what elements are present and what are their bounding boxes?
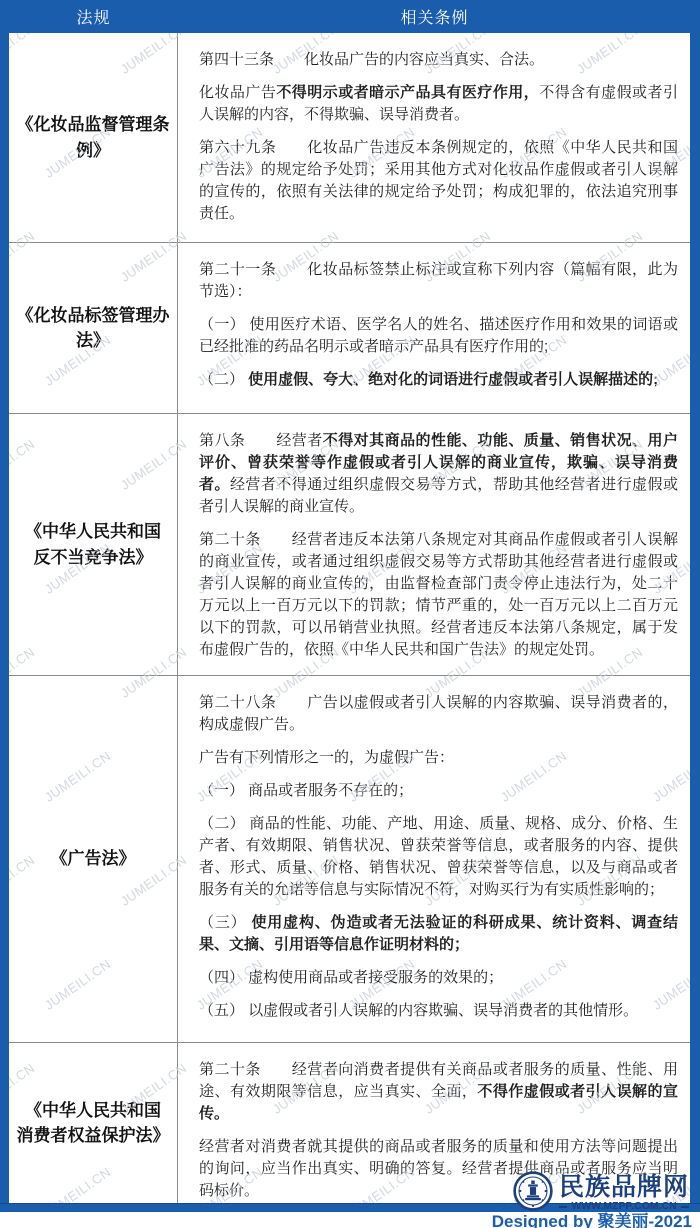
article-text-cell: 第二十一条 化妆品标签禁止标注或宣称下列内容（篇幅有限，此为节选）：（一） 使用… bbox=[178, 243, 690, 413]
article-paragraph: （一） 使用医疗术语、医学名人的姓名、描述医疗作用和效果的词语或已经批准的药品名… bbox=[199, 314, 678, 358]
table-row: 《广告法》第二十八条 广告以虚假或者引人误解的内容欺骗、误导消费者的，构成虚假广… bbox=[9, 676, 690, 1043]
table-header: 法规 相关条例 bbox=[0, 0, 700, 33]
article-paragraph: 第八条 经营者不得对其商品的性能、功能、质量、销售状况、用户评价、曾获荣誉等作虚… bbox=[199, 430, 678, 518]
legal-regulation-table: JUMEILI.CNJUMEILI.CNJUMEILI.CNJUMEILI.CN… bbox=[0, 0, 700, 1228]
article-paragraph: 第二十条 经营者向消费者提供有关商品或者服务的质量、性能、用途、有效期限等信息，… bbox=[199, 1059, 678, 1125]
article-text-cell: 第八条 经营者不得对其商品的性能、功能、质量、销售状况、用户评价、曾获荣誉等作虚… bbox=[178, 414, 690, 675]
law-name: 《化妆品标签管理办法》 bbox=[9, 243, 178, 413]
article-text-cell: 第二十八条 广告以虚假或者引人误解的内容欺骗、误导消费者的，构成虚假广告。广告有… bbox=[178, 676, 690, 1042]
frame-left-stripe bbox=[0, 33, 9, 1203]
designed-by-credit: Designed by 聚美丽-2021 bbox=[492, 1207, 692, 1228]
article-paragraph: 第二十条 经营者违反本法第八条规定对其商品作虚假或者引人误解的商业宣传，或者通过… bbox=[199, 529, 678, 661]
table-row: 《化妆品标签管理办法》第二十一条 化妆品标签禁止标注或宣称下列内容（篇幅有限，此… bbox=[9, 243, 690, 414]
article-paragraph: 第二十八条 广告以虚假或者引人误解的内容欺骗、误导消费者的，构成虚假广告。 bbox=[199, 692, 678, 736]
article-paragraph: （四） 虚构使用商品或者接受服务的效果的； bbox=[199, 967, 678, 989]
article-paragraph: （二） 使用虚假、夸大、绝对化的词语进行虚假或者引人误解描述的; bbox=[199, 369, 678, 391]
article-paragraph: 化妆品广告不得明示或者暗示产品具有医疗作用，不得含有虚假或者引人误解的内容，不得… bbox=[199, 82, 678, 126]
law-name: 《化妆品监督管理条例》 bbox=[9, 33, 178, 242]
law-name: 《中华人民共和国消费者权益保护法》 bbox=[9, 1043, 178, 1203]
article-paragraph: 第二十一条 化妆品标签禁止标注或宣称下列内容（篇幅有限，此为节选）： bbox=[199, 259, 678, 303]
header-col-articles: 相关条例 bbox=[179, 0, 690, 33]
law-name: 《中华人民共和国反不当竞争法》 bbox=[9, 414, 178, 675]
brand-name: 民族品牌网 bbox=[559, 1174, 689, 1200]
article-paragraph: 第六十九条 化妆品广告违反本条例规定的，依照《中华人民共和国广告法》的规定给予处… bbox=[199, 137, 678, 225]
article-paragraph: 第四十三条 化妆品广告的内容应当真实、合法。 bbox=[199, 49, 678, 71]
table-row: 《中华人民共和国反不当竞争法》第八条 经营者不得对其商品的性能、功能、质量、销售… bbox=[9, 414, 690, 676]
article-paragraph: （三） 使用虚构、伪造或者无法验证的科研成果、统计资料、调查结果、文摘、引用语等… bbox=[199, 912, 678, 956]
table-row: 《化妆品监督管理条例》第四十三条 化妆品广告的内容应当真实、合法。化妆品广告不得… bbox=[9, 33, 690, 243]
article-paragraph: （一） 商品或者服务不存在的； bbox=[199, 780, 678, 802]
article-paragraph: 广告有下列情形之一的，为虚假广告： bbox=[199, 747, 678, 769]
law-name: 《广告法》 bbox=[9, 676, 178, 1042]
article-text-cell: 第四十三条 化妆品广告的内容应当真实、合法。化妆品广告不得明示或者暗示产品具有医… bbox=[178, 33, 690, 242]
article-paragraph: （二） 商品的性能、功能、产地、用途、质量、规格、成分、价格、生产者、有效期限、… bbox=[199, 813, 678, 901]
header-col-law: 法规 bbox=[9, 0, 178, 33]
article-paragraph: （五） 以虚假或者引人误解的内容欺骗、误导消费者的其他情形。 bbox=[199, 1000, 678, 1022]
table-rows: 《化妆品监督管理条例》第四十三条 化妆品广告的内容应当真实、合法。化妆品广告不得… bbox=[9, 33, 690, 1203]
frame-right-stripe bbox=[690, 33, 700, 1203]
